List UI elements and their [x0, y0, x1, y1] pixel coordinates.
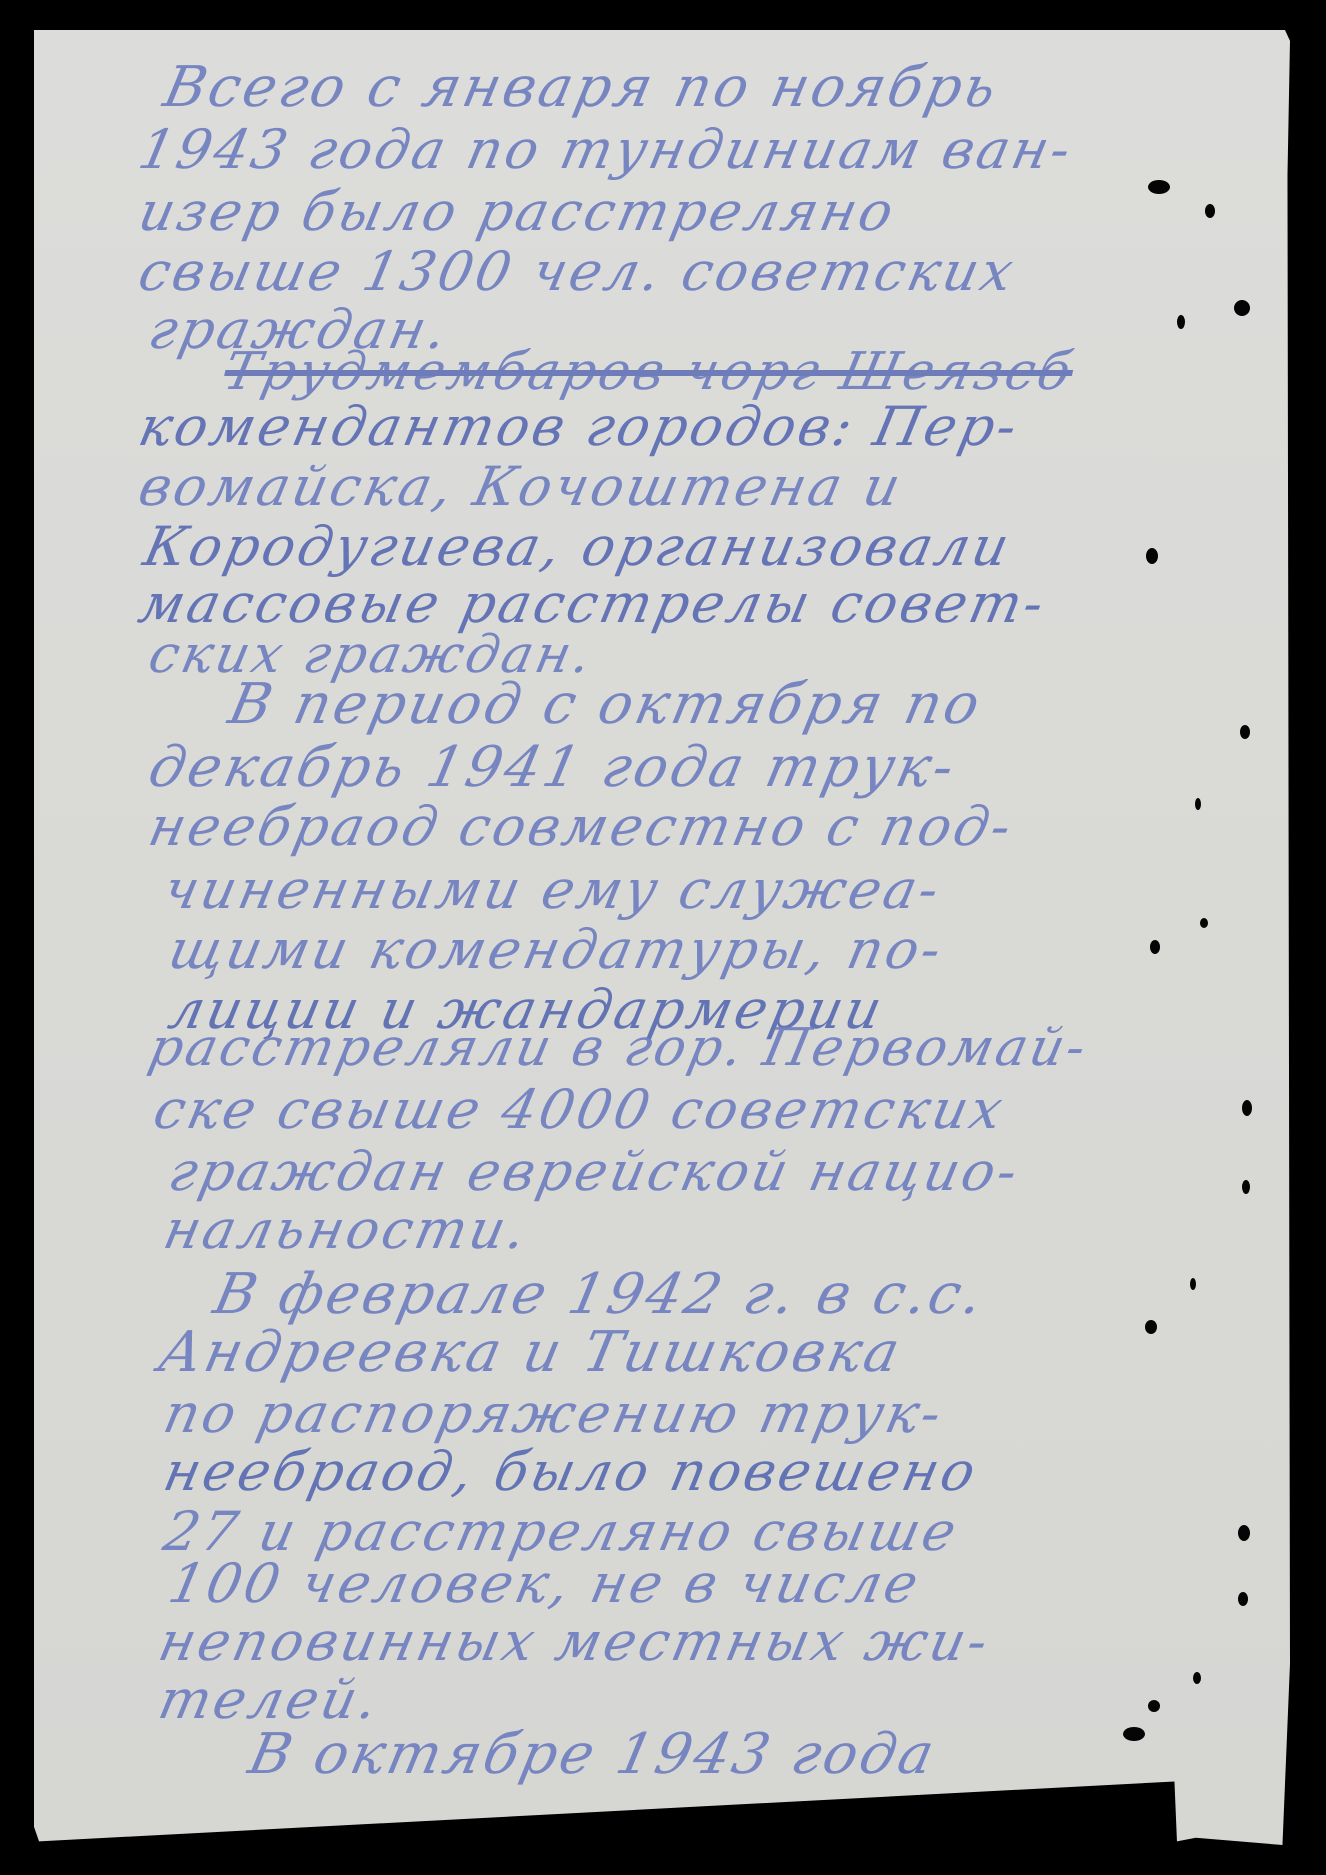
punch-hole: [1146, 548, 1158, 564]
punch-hole: [1190, 1278, 1196, 1290]
punch-hole: [1205, 204, 1215, 218]
text-line: изер было расстреляно: [133, 180, 902, 243]
punch-hole: [1242, 1100, 1252, 1116]
text-line: Всего с января по ноябрь: [158, 55, 1005, 120]
text-line: комендантов городов: Пер-: [133, 395, 1025, 458]
punch-hole: [1234, 300, 1250, 316]
punch-hole: [1145, 1320, 1157, 1334]
punch-hole: [1195, 798, 1201, 810]
punch-hole: [1240, 725, 1250, 739]
text-line: неповинных местных жи-: [153, 1610, 996, 1673]
text-line: Кородугиева, организовали: [138, 515, 1017, 578]
text-line: Андреевка и Тишковка: [153, 1320, 908, 1385]
punch-hole: [1193, 1672, 1201, 1684]
punch-hole: [1238, 1525, 1250, 1541]
text-line: В период с октября по: [223, 672, 988, 737]
punch-hole: [1148, 180, 1170, 194]
punch-hole: [1148, 1700, 1160, 1712]
text-line: неебраод, было повешено: [158, 1440, 984, 1503]
text-line: ске свыше 4000 советских: [148, 1078, 1011, 1141]
text-line: щими комендатуры, по-: [163, 918, 949, 981]
punch-hole: [1242, 1180, 1250, 1194]
punch-hole: [1238, 1592, 1248, 1606]
text-line: 100 человек, не в числе: [163, 1552, 926, 1615]
text-line: граждан еврейской нацио-: [163, 1140, 1026, 1203]
text-line: нальности.: [158, 1198, 534, 1261]
text-line: декабрь 1941 года трук-: [143, 735, 962, 800]
punch-hole: [1177, 315, 1185, 329]
text-line: неебраод совместно с под-: [143, 795, 1019, 858]
punch-hole: [1123, 1727, 1145, 1741]
text-line: 1943 года по тундиниам ван-: [133, 118, 1079, 181]
text-line: В феврале 1942 г. в с.с.: [208, 1262, 991, 1327]
text-line: расстреляли в гор. Первомай-: [144, 1018, 1094, 1078]
text-line: по распоряжению трук-: [158, 1382, 949, 1445]
text-line: В октябре 1943 года: [243, 1722, 942, 1787]
text-line: вомайска, Кочоштена и: [133, 455, 909, 518]
punch-hole: [1150, 940, 1160, 954]
text-line: свыше 1300 чел. советских: [133, 240, 1021, 303]
text-line: чиненными ему служеа-: [158, 858, 947, 921]
punch-hole: [1200, 918, 1208, 928]
struck-out-text-line: Трудмембаров чорг Шеязсб: [219, 342, 1079, 402]
